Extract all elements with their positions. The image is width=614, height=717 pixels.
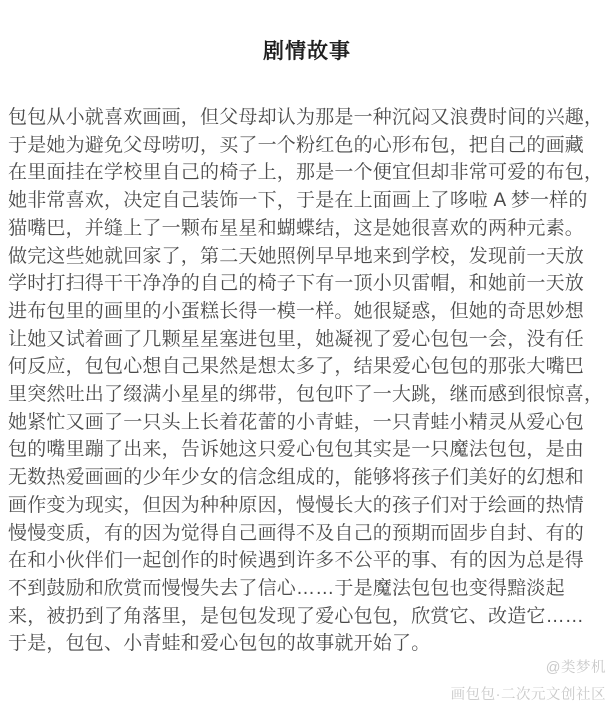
story-line: 于是，包包、小青蛙和爱心包包的故事就开始了。 xyxy=(8,630,606,658)
story-line: 包包从小就喜欢画画，但父母却认为那是一种沉闷又浪费时间的兴趣， xyxy=(8,104,606,132)
story-line: 何反应，包包心想自己果然是想太多了，结果爱心包包的那张大嘴巴 xyxy=(8,353,606,381)
story-line: 学时打扫得干干净净的自己的椅子下有一顶小贝雷帽，和她前一天放 xyxy=(8,270,606,298)
story-line: 猫嘴巴，并缝上了一颗布星星和蝴蝶结，这是她很喜欢的两种元素。 xyxy=(8,215,606,243)
story-line: 她非常喜欢，决定自己装饰一下，于是在上面画上了哆啦 A 梦一样的 xyxy=(8,187,606,215)
story-line: 做完这些她就回家了，第二天她照例早早地来到学校，发现前一天放 xyxy=(8,243,606,271)
story-line: 她紧忙又画了一只头上长着花蕾的小青蛙，一只青蛙小精灵从爱心包 xyxy=(8,409,606,437)
story-line: 无数热爱画画的少年少女的信念组成的，能够将孩子们美好的幻想和 xyxy=(8,464,606,492)
story-line: 画作变为现实，但因为种种原因，慢慢长大的孩子们对于绘画的热情 xyxy=(8,492,606,520)
page-title: 剧情故事 xyxy=(0,0,614,65)
story-line: 包的嘴里蹦了出来，告诉她这只爱心包包其实是一只魔法包包，是由 xyxy=(8,436,606,464)
story-line: 不到鼓励和欣赏而慢慢失去了信心……于是魔法包包也变得黯淡起 xyxy=(8,575,606,603)
story-paragraph: 包包从小就喜欢画画，但父母却认为那是一种沉闷又浪费时间的兴趣， 于是她为避免父母… xyxy=(0,104,614,658)
watermark-author: @类梦机 xyxy=(451,655,606,682)
watermark: @类梦机 画包包·二次元文创社区 xyxy=(451,655,606,709)
story-line: 里突然吐出了缀满小星星的绑带，包包吓了一大跳，继而感到很惊喜， xyxy=(8,381,606,409)
story-line: 慢慢变质，有的因为觉得自己画得不及自己的预期而固步自封、有的 xyxy=(8,520,606,548)
story-line: 来，被扔到了角落里，是包包发现了爱心包包，欣赏它、改造它…… xyxy=(8,603,606,631)
story-line: 在里面挂在学校里自己的椅子上，那是一个便宜但却非常可爱的布包， xyxy=(8,159,606,187)
story-line: 在和小伙伴们一起创作的时候遇到许多不公平的事、有的因为总是得 xyxy=(8,547,606,575)
story-line: 让她又试着画了几颗星星塞进包里，她凝视了爱心包包一会，没有任 xyxy=(8,326,606,354)
story-line: 进布包里的画里的小蛋糕长得一模一样。她很疑惑，但她的奇思妙想 xyxy=(8,298,606,326)
story-line: 于是她为避免父母唠叨，买了一个粉红色的心形布包，把自己的画藏 xyxy=(8,132,606,160)
watermark-community: 画包包·二次元文创社区 xyxy=(451,682,606,709)
